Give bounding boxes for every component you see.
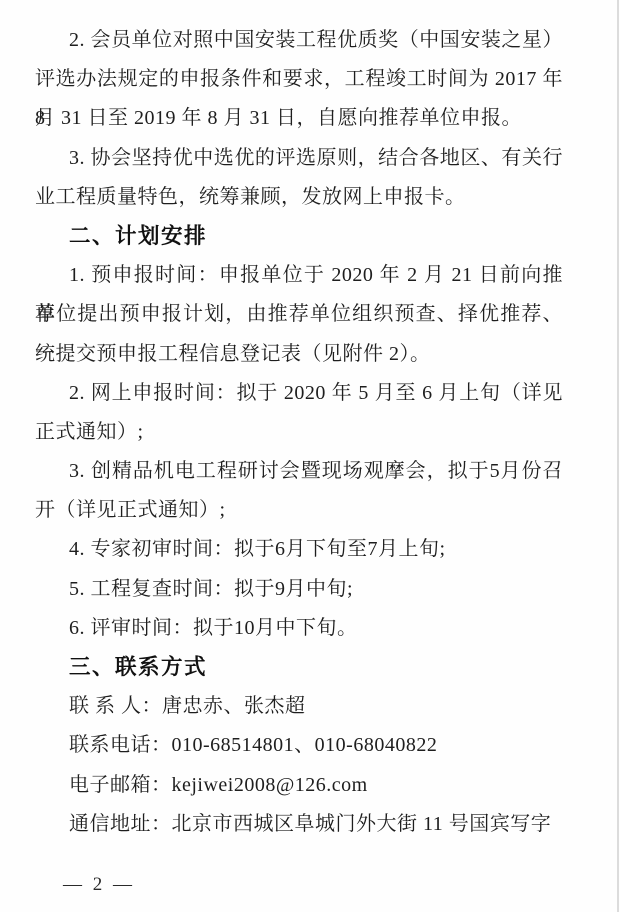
contact-address-line: 通信地址：北京市西城区阜城门外大街 11 号国宾写字 bbox=[35, 805, 563, 844]
document-page: 2. 会员单位对照中国安装工程优质奖（中国安装之星） 评选办法规定的申报条件和要… bbox=[0, 0, 620, 912]
contact-person-line: 联 系 人：唐忠赤、张杰超 bbox=[35, 687, 563, 726]
item-project-recheck-line: 5. 工程复查时间：拟于9月中旬; bbox=[35, 570, 563, 609]
page-number: — 2 — bbox=[35, 865, 563, 904]
item-pre-application-line: 1. 预申报时间：申报单位于 2020 年 2 月 21 日前向推荐 bbox=[35, 256, 563, 295]
paragraph-2-line: 2. 会员单位对照中国安装工程优质奖（中国安装之星） bbox=[35, 21, 563, 60]
heading-plan-schedule: 二、计划安排 bbox=[35, 217, 563, 256]
item-final-review-line: 6. 评审时间：拟于10月中下旬。 bbox=[35, 609, 563, 648]
paragraph-2-line: 评选办法规定的申报条件和要求，工程竣工时间为 2017 年 8 bbox=[35, 60, 563, 99]
item-pre-application-line: 一提交预申报工程信息登记表（见附件 2）。 bbox=[35, 335, 563, 374]
paragraph-2-line: 月 31 日至 2019 年 8 月 31 日，自愿向推荐单位申报。 bbox=[35, 99, 563, 138]
item-online-application-line: 2. 网上申报时间：拟于 2020 年 5 月至 6 月上旬（详见 bbox=[35, 374, 563, 413]
contact-phone-line: 联系电话：010-68514801、010-68040822 bbox=[35, 726, 563, 765]
paragraph-3-line: 业工程质量特色，统筹兼顾，发放网上申报卡。 bbox=[35, 178, 563, 217]
document-text-column: 2. 会员单位对照中国安装工程优质奖（中国安装之星） 评选办法规定的申报条件和要… bbox=[35, 21, 563, 904]
item-pre-application-line: 单位提出预申报计划，由推荐单位组织预查、择优推荐、统 bbox=[35, 295, 563, 334]
item-expert-review-line: 4. 专家初审时间：拟于6月下旬至7月上旬; bbox=[35, 530, 563, 569]
paragraph-3-line: 3. 协会坚持优中选优的评选原则，结合各地区、有关行 bbox=[35, 139, 563, 178]
page-right-edge bbox=[617, 0, 619, 912]
item-online-application-line: 正式通知）; bbox=[35, 413, 563, 452]
item-seminar-line: 3. 创精品机电工程研讨会暨现场观摩会，拟于5月份召 bbox=[35, 452, 563, 491]
heading-contact-info: 三、联系方式 bbox=[35, 648, 563, 687]
contact-email-line: 电子邮箱：kejiwei2008@126.com bbox=[35, 766, 563, 805]
item-seminar-line: 开（详见正式通知）; bbox=[35, 491, 563, 530]
